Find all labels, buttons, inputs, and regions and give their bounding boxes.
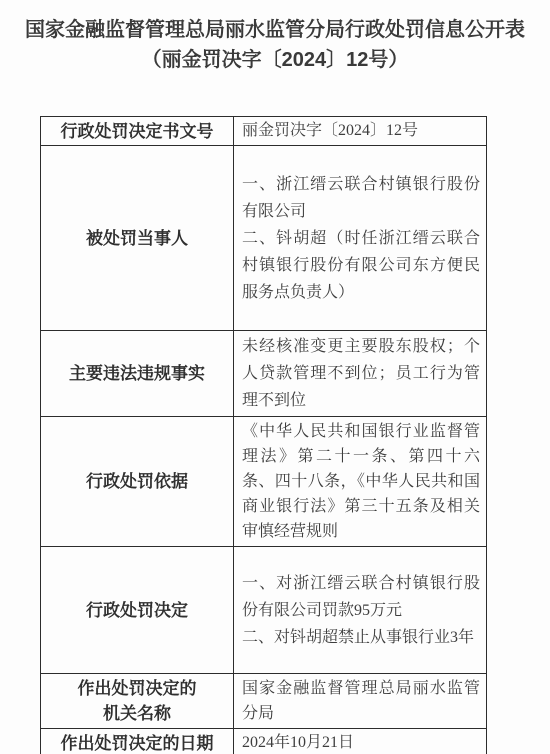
penalty-decision-item-2: 二、对钭胡超禁止从事银行业3年: [242, 624, 480, 651]
decision-date-row: 作出处罚决定的日期 2024年10月21日: [41, 729, 487, 754]
penalty-basis-row: 行政处罚依据 《中华人民共和国银行业监督管理法》第二十一条、第四十六条、四十八条…: [41, 417, 487, 547]
punished-party-item-1: 一、浙江缙云联合村镇银行股份有限公司: [242, 171, 480, 225]
penalty-decision-label: 行政处罚决定: [41, 547, 234, 674]
penalty-decision-item-1: 一、对浙江缙云联合村镇银行股份有限公司罚款95万元: [242, 570, 480, 624]
page-title: 国家金融监督管理总局丽水监管分局行政处罚信息公开表 （丽金罚决字〔2024〕12…: [0, 0, 550, 75]
decision-number-row: 行政处罚决定书文号 丽金罚决字〔2024〕12号: [41, 117, 487, 146]
deciding-authority-label-line-2: 机关名称: [41, 701, 233, 726]
deciding-authority-label: 作出处罚决定的 机关名称: [41, 674, 234, 729]
penalty-basis-value: 《中华人民共和国银行业监督管理法》第二十一条、第四十六条、四十八条，《中华人民共…: [234, 417, 487, 547]
violation-facts-label: 主要违法违规事实: [41, 331, 234, 417]
violation-facts-value: 未经核准变更主要股东股权；个人贷款管理不到位；员工行为管理不到位: [234, 331, 487, 417]
decision-date-value: 2024年10月21日: [234, 729, 487, 754]
violation-facts-row: 主要违法违规事实 未经核准变更主要股东股权；个人贷款管理不到位；员工行为管理不到…: [41, 331, 487, 417]
punished-parties-value: 一、浙江缙云联合村镇银行股份有限公司 二、钭胡超（时任浙江缙云联合村镇银行股份有…: [234, 146, 487, 331]
penalty-info-table: 行政处罚决定书文号 丽金罚决字〔2024〕12号 被处罚当事人 一、浙江缙云联合…: [40, 116, 487, 754]
page-title-main: 国家金融监督管理总局丽水监管分局行政处罚信息公开表: [0, 15, 550, 45]
punished-parties-row: 被处罚当事人 一、浙江缙云联合村镇银行股份有限公司 二、钭胡超（时任浙江缙云联合…: [41, 146, 487, 331]
decision-number-value: 丽金罚决字〔2024〕12号: [234, 117, 487, 146]
penalty-basis-label: 行政处罚依据: [41, 417, 234, 547]
decision-number-label: 行政处罚决定书文号: [41, 117, 234, 146]
punished-parties-label: 被处罚当事人: [41, 146, 234, 331]
deciding-authority-row: 作出处罚决定的 机关名称 国家金融监督管理总局丽水监管分局: [41, 674, 487, 729]
penalty-decision-value: 一、对浙江缙云联合村镇银行股份有限公司罚款95万元 二、对钭胡超禁止从事银行业3…: [234, 547, 487, 674]
punished-party-item-2: 二、钭胡超（时任浙江缙云联合村镇银行股份有限公司东方便民服务点负责人）: [242, 225, 480, 306]
page-title-doc-number: （丽金罚决字〔2024〕12号）: [0, 45, 550, 75]
deciding-authority-label-line-1: 作出处罚决定的: [41, 676, 233, 701]
penalty-decision-row: 行政处罚决定 一、对浙江缙云联合村镇银行股份有限公司罚款95万元 二、对钭胡超禁…: [41, 547, 487, 674]
decision-date-label: 作出处罚决定的日期: [41, 729, 234, 754]
deciding-authority-value: 国家金融监督管理总局丽水监管分局: [234, 674, 487, 729]
